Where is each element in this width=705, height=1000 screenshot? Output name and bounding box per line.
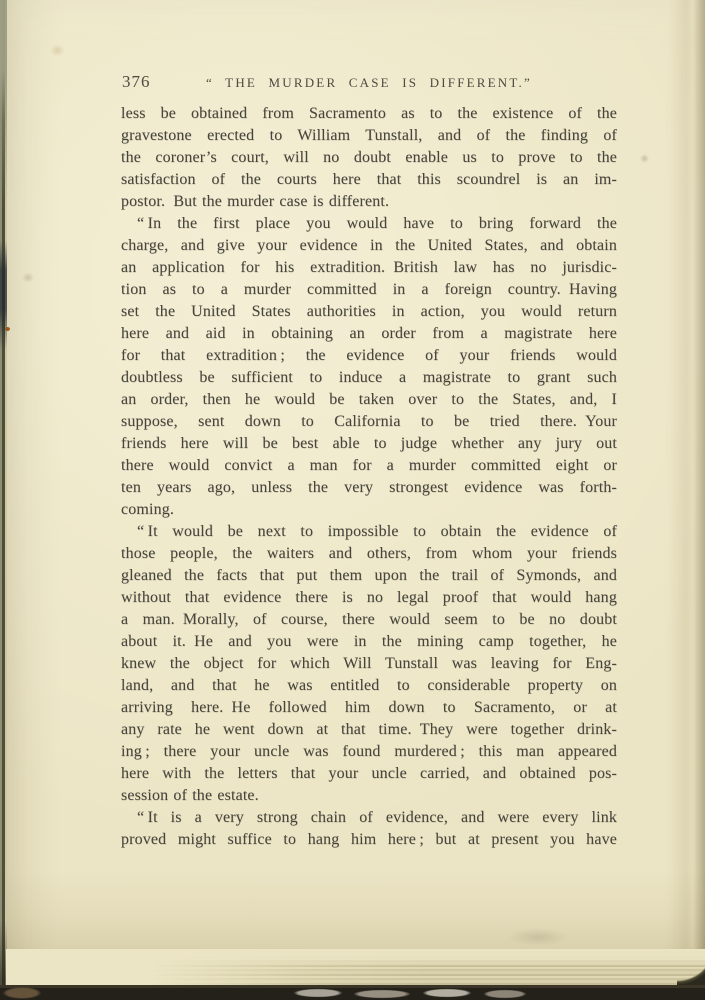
page-number: 376 bbox=[122, 72, 151, 92]
text-line: gravestone erected to William Tunstall, … bbox=[121, 125, 617, 147]
text-line: any rate he went down at that time. They… bbox=[121, 719, 617, 741]
text-line: here and aid in obtaining an order from … bbox=[121, 323, 617, 345]
text-line: an order, then he would be taken over to… bbox=[121, 389, 617, 411]
ink-speck bbox=[5, 327, 10, 331]
paragraph: “ In the first place you would have to b… bbox=[121, 213, 617, 521]
text-line: there would convict a man for a murder c… bbox=[121, 455, 617, 477]
text-line: charge, and give your evidence in the Un… bbox=[121, 235, 617, 257]
paragraph: “ It is a very strong chain of evidence,… bbox=[121, 807, 617, 851]
paper-stain bbox=[640, 154, 649, 163]
bottom-right-corner-curl bbox=[677, 943, 705, 985]
text-line: coming. bbox=[121, 499, 617, 521]
text-line: less be obtained from Sacramento as to t… bbox=[121, 103, 617, 125]
paper-stain bbox=[22, 272, 34, 283]
left-page-edges bbox=[0, 0, 7, 1000]
text-line: without that evidence there is no legal … bbox=[121, 587, 617, 609]
stacked-page-edges bbox=[6, 949, 705, 985]
body-text: less be obtained from Sacramento as to t… bbox=[121, 103, 617, 851]
text-line: gleaned the facts that put them upon the… bbox=[121, 565, 617, 587]
text-line: knew the object for which Will Tunstall … bbox=[121, 653, 617, 675]
text-line: “ It would be next to impossible to obta… bbox=[121, 521, 617, 543]
running-header: “ THE MURDER CASE IS DIFFERENT.” bbox=[121, 72, 617, 91]
text-line: proved might suffice to hang him here ; … bbox=[121, 829, 617, 851]
text-line: set the United States authorities in act… bbox=[121, 301, 617, 323]
text-line: doubtless be sufficient to induce a magi… bbox=[121, 367, 617, 389]
text-line: satisfaction of the courts here that thi… bbox=[121, 169, 617, 191]
text-line: a man. Morally, of course, there would s… bbox=[121, 609, 617, 631]
text-line: those people, the waiters and others, fr… bbox=[121, 543, 617, 565]
scanned-book-page: 376 “ THE MURDER CASE IS DIFFERENT.” les… bbox=[0, 0, 705, 1000]
text-line: the coroner’s court, will no doubt enabl… bbox=[121, 147, 617, 169]
text-line: postor. But the murder case is different… bbox=[121, 191, 617, 213]
paragraph: “ It would be next to impossible to obta… bbox=[121, 521, 617, 807]
text-line: “ It is a very strong chain of evidence,… bbox=[121, 807, 617, 829]
text-line: friends here will be best able to judge … bbox=[121, 433, 617, 455]
text-line: suppose, sent down to California to be t… bbox=[121, 411, 617, 433]
paper-stain bbox=[508, 928, 568, 946]
text-line: land, and that he was entitled to consid… bbox=[121, 675, 617, 697]
text-line: about it. He and you were in the mining … bbox=[121, 631, 617, 653]
text-line: for that extradition ; the evidence of y… bbox=[121, 345, 617, 367]
paper-stain bbox=[50, 44, 65, 57]
text-line: here with the letters that your uncle ca… bbox=[121, 763, 617, 785]
book-bottom-edge bbox=[0, 985, 705, 1000]
text-line: arriving here. He followed him down to S… bbox=[121, 697, 617, 719]
paragraph: less be obtained from Sacramento as to t… bbox=[121, 103, 617, 213]
page-header: 376 “ THE MURDER CASE IS DIFFERENT.” bbox=[121, 72, 617, 94]
text-line: ing ; there your uncle was found murdere… bbox=[121, 741, 617, 763]
text-line: session of the estate. bbox=[121, 785, 617, 807]
text-line: “ In the first place you would have to b… bbox=[121, 213, 617, 235]
text-line: an application for his extradition. Brit… bbox=[121, 257, 617, 279]
text-line: tion as to a murder committed in a forei… bbox=[121, 279, 617, 301]
text-line: ten years ago, unless the very strongest… bbox=[121, 477, 617, 499]
